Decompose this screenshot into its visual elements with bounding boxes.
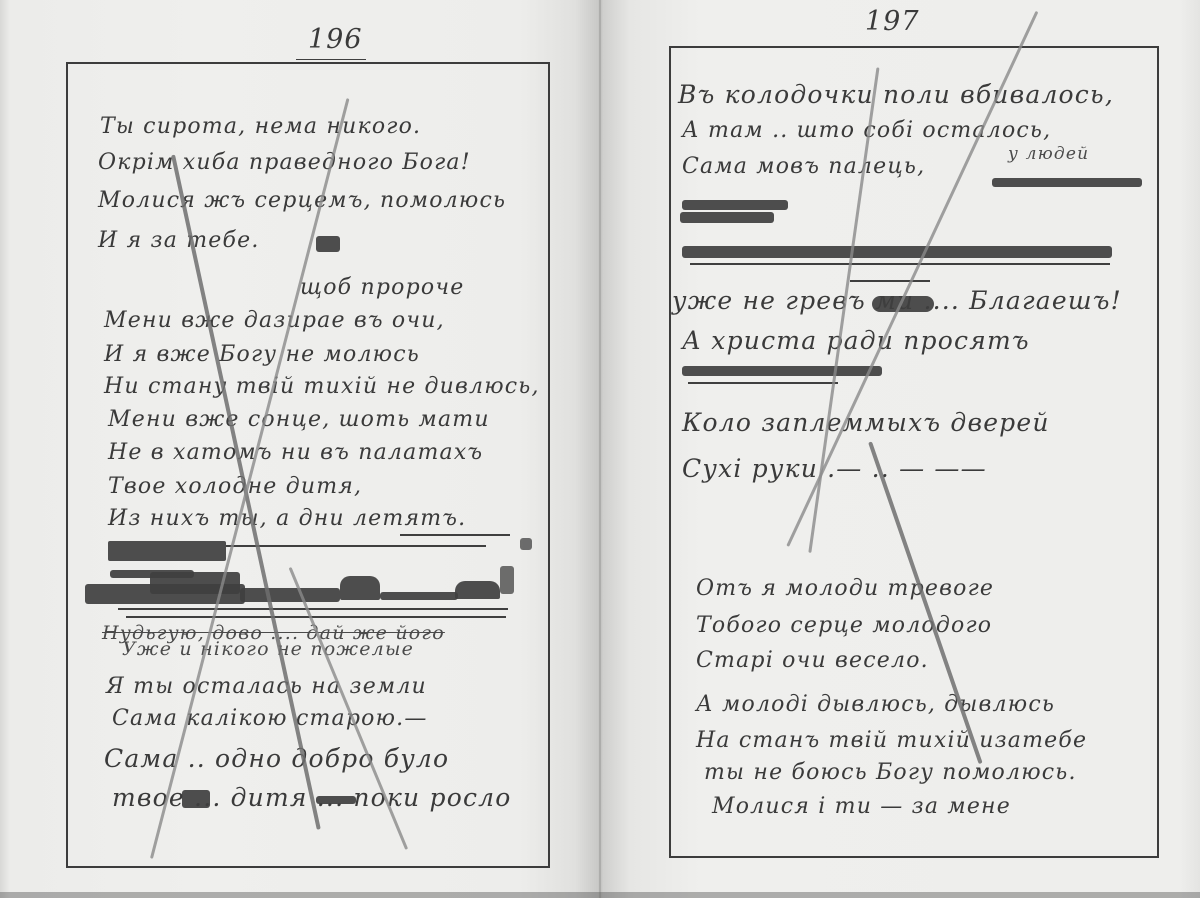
ink-blot bbox=[182, 790, 210, 808]
manuscript-line: Тобого серце молодого bbox=[696, 615, 992, 637]
struck-line-block bbox=[682, 246, 1112, 258]
manuscript-line: Сухі руки .— .. — —— bbox=[682, 456, 987, 481]
manuscript-line: Мени вже сонце, шоть мати bbox=[108, 409, 490, 431]
struck-line-block bbox=[108, 541, 226, 561]
manuscript-line: щоб пророче bbox=[300, 277, 464, 299]
manuscript-line: Отъ я молоди тревоге bbox=[696, 578, 994, 600]
manuscript-line: Сама .. одно добро було bbox=[104, 746, 449, 771]
strike-line bbox=[688, 382, 838, 384]
manuscript-line: ты не боюсь Богу помолюсь. bbox=[704, 762, 1077, 784]
manuscript-line: Въ колодочки поли вбивалось, bbox=[678, 82, 1114, 107]
struck-line-block bbox=[455, 581, 500, 599]
strike-line bbox=[850, 280, 930, 282]
manuscript-line: Молися і ти — за мене bbox=[712, 796, 1011, 818]
manuscript-line: Окрім хиба праведного Бога! bbox=[98, 152, 471, 174]
struck-line-block bbox=[680, 212, 774, 223]
manuscript-line: Уже и нікого не пожелые bbox=[122, 640, 414, 659]
scan-edge-shadow bbox=[0, 892, 1200, 898]
manuscript-line: Не в хатомъ ни въ палатахъ bbox=[108, 442, 483, 464]
manuscript-line: Коло заплеммыхъ дверей bbox=[682, 410, 1050, 435]
manuscript-line: И я вже Богу не молюсь bbox=[104, 344, 420, 366]
strike-line bbox=[118, 608, 508, 610]
underline bbox=[400, 534, 510, 536]
page-number-196: 196 bbox=[308, 24, 363, 55]
struck-line-block bbox=[240, 588, 340, 602]
manuscript-line: Я ты осталась на земли bbox=[106, 676, 427, 698]
struck-line-block bbox=[500, 566, 514, 594]
manuscript-line-correction: у людей bbox=[1008, 146, 1089, 163]
manuscript-line: И я за тебе. bbox=[98, 230, 260, 252]
manuscript-line: Сама мовъ палець, bbox=[682, 156, 925, 178]
manuscript-line: А молоді дывлюсь, дывлюсь bbox=[696, 694, 1055, 716]
struck-line-block bbox=[992, 178, 1142, 187]
right-page: 197 Въ колодочки поли вбивалось, А там .… bbox=[600, 0, 1200, 898]
left-page: 196 Ты сирота, нема никого. Окрім хиба п… bbox=[0, 0, 600, 898]
manuscript-line: А христа ради просятъ bbox=[682, 328, 1030, 353]
struck-line-block bbox=[340, 576, 380, 600]
manuscript-line: Молися жъ серцемъ, помолюсь bbox=[98, 190, 506, 212]
strike-line bbox=[690, 263, 1110, 265]
book-spread: 196 Ты сирота, нема никого. Окрім хиба п… bbox=[0, 0, 1200, 898]
manuscript-line: Мени вже дазирае въ очи, bbox=[104, 310, 445, 332]
ink-blot bbox=[316, 796, 356, 804]
struck-line-block bbox=[520, 538, 532, 550]
strike-line bbox=[126, 616, 506, 618]
manuscript-line: Сама калікою старою.— bbox=[112, 708, 428, 730]
strike-line bbox=[226, 545, 486, 547]
struck-line-block bbox=[380, 592, 458, 600]
manuscript-line: Из нихъ ты, а дни летятъ. bbox=[108, 508, 466, 530]
header-rule bbox=[296, 59, 366, 60]
manuscript-line: На станъ твій тихій изатебе bbox=[696, 730, 1087, 752]
manuscript-line: Твое холодне дитя, bbox=[108, 476, 362, 498]
manuscript-line: Старі очи весело. bbox=[696, 650, 929, 672]
manuscript-line: Ни стану твій тихій не дивлюсь, bbox=[104, 376, 540, 398]
ink-blot bbox=[316, 236, 340, 252]
manuscript-line: Ты сирота, нема никого. bbox=[100, 116, 421, 138]
struck-line-block bbox=[682, 200, 788, 210]
page-number-197: 197 bbox=[865, 6, 920, 37]
struck-line-block bbox=[682, 366, 882, 376]
